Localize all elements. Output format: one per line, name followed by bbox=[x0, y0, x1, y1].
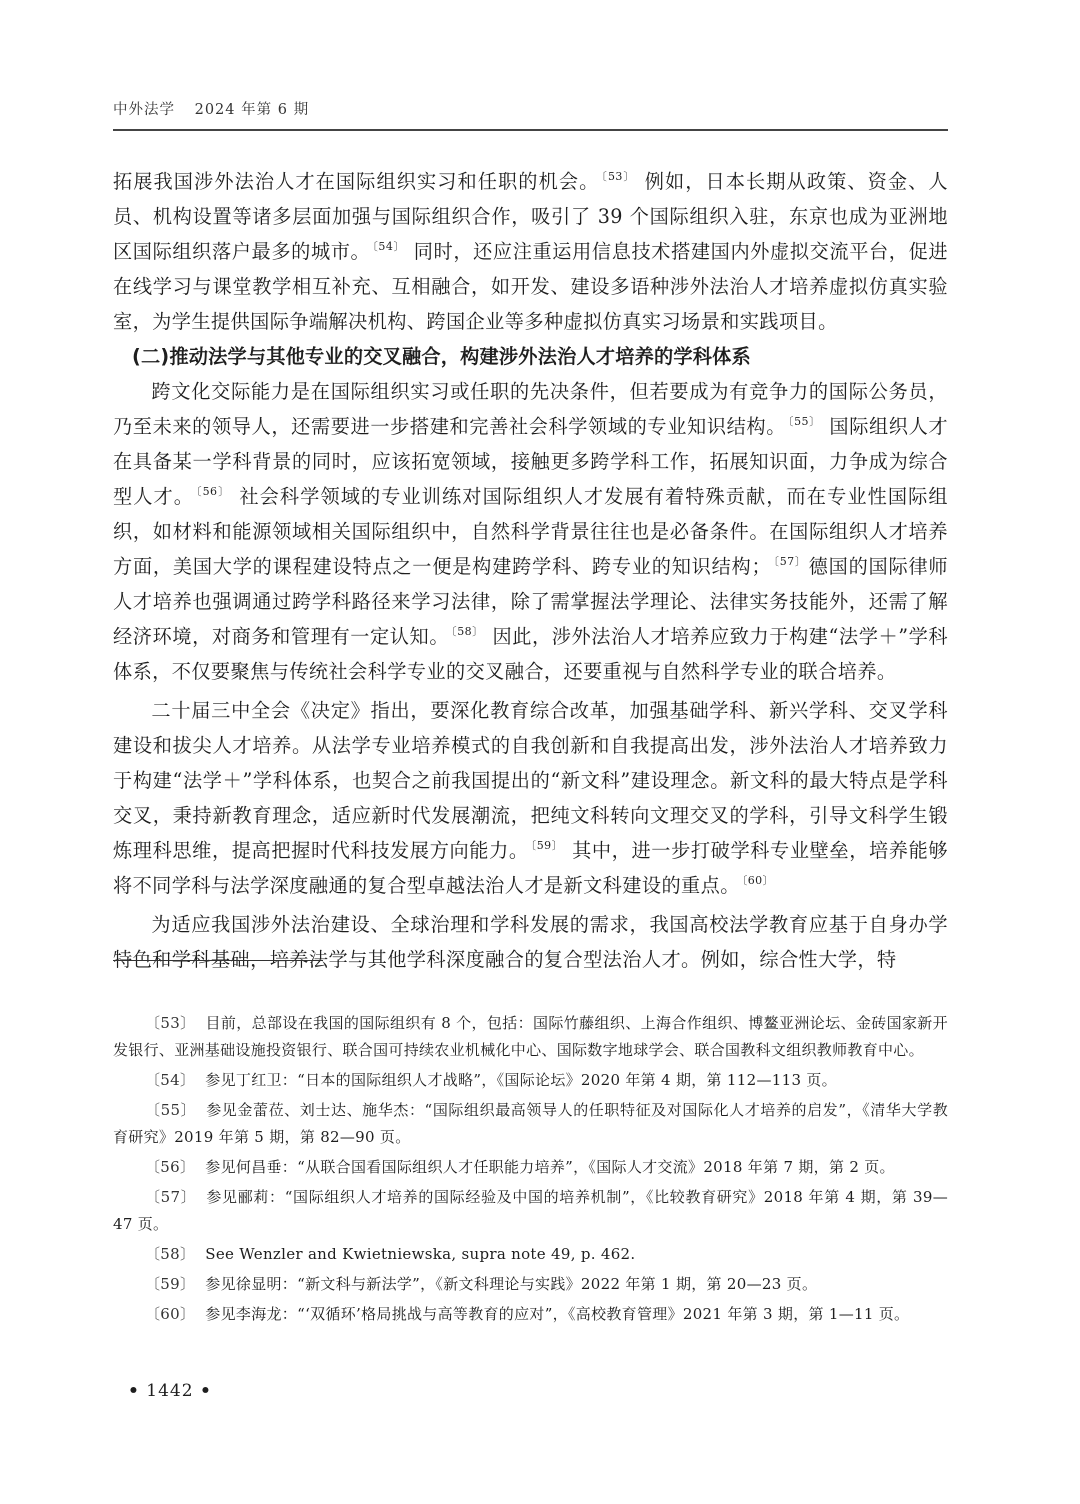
text: 二十届三中全会《决定》指出，要深化教育综合改革，加强基础学科、新兴学科、交叉学科… bbox=[113, 699, 948, 862]
footnote-number: 〔56〕 bbox=[145, 1158, 195, 1176]
footnote-text: 参见郦莉：“国际组织人才培养的国际经验及中国的培养机制”，《比较教育研究》201… bbox=[113, 1188, 948, 1233]
text: 拓展我国涉外法治人才在国际组织实习和任职的机会。 bbox=[113, 170, 599, 193]
footnote-text: 参见何昌垂：“从联合国看国际组织人才任职能力培养”，《国际人才交流》2018 年… bbox=[205, 1158, 895, 1176]
issue-label: 2024 年第 6 期 bbox=[195, 102, 309, 118]
footnotes: 〔53〕目前，总部设在我国的国际组织有 8 个，包括：国际竹藤组织、上海合作组织… bbox=[113, 1010, 948, 1331]
footnote-ref-58[interactable]: 〔58〕 bbox=[451, 625, 484, 638]
journal-name: 中外法学 bbox=[113, 102, 175, 118]
footnote-text: 参见丁红卫：“日本的国际组织人才战略”，《国际论坛》2020 年第 4 期，第 … bbox=[205, 1071, 837, 1089]
footnote-59: 〔59〕参见徐显明：“新文科与新法学”，《新文科理论与实践》2022 年第 1 … bbox=[113, 1271, 948, 1298]
footnote-number: 〔57〕 bbox=[145, 1188, 196, 1206]
paragraph-2: 跨文化交际能力是在国际组织实习或任职的先决条件，但若要成为有竞争力的国际公务员，… bbox=[113, 374, 948, 689]
footnote-text: See Wenzler and Kwietniewska, supra note… bbox=[205, 1245, 635, 1263]
footnote-ref-60[interactable]: 〔60〕 bbox=[742, 874, 774, 887]
footnote-60: 〔60〕参见李海龙：“‘双循环’格局挑战与高等教育的应对”，《高校教育管理》20… bbox=[113, 1301, 948, 1328]
footnote-ref-55[interactable]: 〔55〕 bbox=[788, 415, 821, 428]
footnote-number: 〔53〕 bbox=[145, 1014, 196, 1032]
page-number-value: 1442 bbox=[146, 1381, 193, 1401]
footnote-57: 〔57〕参见郦莉：“国际组织人才培养的国际经验及中国的培养机制”，《比较教育研究… bbox=[113, 1184, 948, 1238]
paragraph-1: 拓展我国涉外法治人才在国际组织实习和任职的机会。〔53〕 例如，日本长期从政策、… bbox=[113, 164, 948, 339]
footnote-ref-56[interactable]: 〔56〕 bbox=[196, 485, 230, 498]
paragraph-3: 二十届三中全会《决定》指出，要深化教育综合改革，加强基础学科、新兴学科、交叉学科… bbox=[113, 693, 948, 903]
footnote-number: 〔54〕 bbox=[145, 1071, 195, 1089]
main-text: 拓展我国涉外法治人才在国际组织实习和任职的机会。〔53〕 例如，日本长期从政策、… bbox=[113, 164, 948, 977]
footnote-58: 〔58〕See Wenzler and Kwietniewska, supra … bbox=[113, 1241, 948, 1268]
footnote-text: 目前，总部设在我国的国际组织有 8 个，包括：国际竹藤组织、上海合作组织、博鳌亚… bbox=[113, 1014, 948, 1059]
footnote-53: 〔53〕目前，总部设在我国的国际组织有 8 个，包括：国际竹藤组织、上海合作组织… bbox=[113, 1010, 948, 1064]
footnote-56: 〔56〕参见何昌垂：“从联合国看国际组织人才任职能力培养”，《国际人才交流》20… bbox=[113, 1154, 948, 1181]
footnote-divider bbox=[113, 960, 323, 961]
footnote-55: 〔55〕参见金蕾莅、刘士达、施华杰：“国际组织最高领导人的任职特征及对国际化人才… bbox=[113, 1097, 948, 1151]
bullet-icon: • bbox=[128, 1381, 140, 1401]
running-header: 中外法学 2024 年第 6 期 bbox=[113, 98, 323, 119]
footnote-number: 〔55〕 bbox=[145, 1101, 196, 1119]
page-number: • 1442 • bbox=[128, 1381, 212, 1401]
footnote-54: 〔54〕参见丁红卫：“日本的国际组织人才战略”，《国际论坛》2020 年第 4 … bbox=[113, 1067, 948, 1094]
footnote-ref-57[interactable]: 〔57〕 bbox=[773, 555, 807, 568]
footnote-number: 〔60〕 bbox=[145, 1305, 195, 1323]
header-rule bbox=[113, 129, 948, 131]
paragraph-4: 为适应我国涉外法治建设、全球治理和学科发展的需求，我国高校法学教育应基于自身办学… bbox=[113, 907, 948, 977]
section-heading: (二)推动法学与其他专业的交叉融合，构建涉外法治人才培养的学科体系 bbox=[113, 339, 948, 374]
footnote-number: 〔59〕 bbox=[145, 1275, 195, 1293]
footnote-ref-54[interactable]: 〔54〕 bbox=[372, 240, 405, 253]
footnote-text: 参见李海龙：“‘双循环’格局挑战与高等教育的应对”，《高校教育管理》2021 年… bbox=[205, 1305, 909, 1323]
footnote-text: 参见徐显明：“新文科与新法学”，《新文科理论与实践》2022 年第 1 期，第 … bbox=[205, 1275, 817, 1293]
footnote-ref-53[interactable]: 〔53〕 bbox=[601, 170, 635, 183]
footnote-ref-59[interactable]: 〔59〕 bbox=[531, 839, 564, 852]
bullet-icon: • bbox=[200, 1381, 212, 1401]
footnote-text: 参见金蕾莅、刘士达、施华杰：“国际组织最高领导人的任职特征及对国际化人才培养的启… bbox=[113, 1101, 948, 1146]
footnote-number: 〔58〕 bbox=[145, 1245, 195, 1263]
